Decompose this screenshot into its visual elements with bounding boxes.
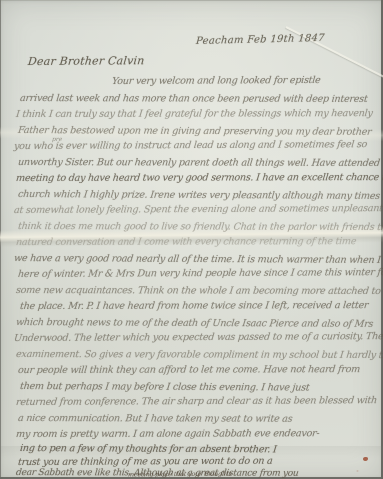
letter-line: the place. Mr. P. I have heard from home…	[19, 300, 368, 312]
letter-line: at somewhat lonely feeling. Spent the ev…	[13, 203, 383, 216]
date-line: Peacham Feb 19th 1847	[196, 33, 326, 47]
superscript-note: pre	[52, 136, 63, 143]
ink-blot	[363, 457, 368, 461]
letter-line: them but perhaps I may before I close th…	[19, 381, 310, 394]
letter-line: we have a very good road nearly all of t…	[13, 253, 383, 266]
letter-line: church which I highly prize. Irene write…	[17, 189, 380, 202]
letter-line: arrived last week and has more than once…	[19, 93, 368, 105]
letter-line: Your very welcom and long looked for epi…	[111, 75, 321, 87]
letter-line: Underwood. The letter which you expected…	[13, 331, 383, 344]
letter-line: a nice communication. But I have taken m…	[17, 413, 293, 425]
interline-note: meeting place that your thoughts	[128, 471, 232, 479]
letter-line: unworthy Sister. But our heavenly parent…	[17, 157, 380, 169]
letter-line: our people will think they can afford to…	[17, 364, 360, 376]
letter-line: I think I can truly say that I feel grat…	[15, 108, 373, 120]
letter-line: Father has bestowed upon me in giving an…	[17, 125, 372, 138]
letter-line: ing to pen a few of my thoughts for an a…	[19, 443, 277, 455]
letter-line: examinement. So gives a very favorable c…	[15, 349, 383, 361]
letter-line: some new acquaintances. Think on the who…	[15, 285, 381, 297]
letter-line: here of winter. Mr & Mrs Dun very kind p…	[17, 267, 383, 280]
letter-line: natured conversation and I come with eve…	[15, 236, 356, 248]
letter-page: Peacham Feb 19th 1847 Dear Brother Calvi…	[0, 0, 383, 479]
letter-line: which brought news to me of the death of…	[15, 317, 373, 330]
letter-line: returned from conference. The air sharp …	[15, 395, 377, 408]
letter-line: meeting to day have heard two very good …	[15, 172, 383, 184]
letter-line: think it does me much good to live so fr…	[17, 221, 383, 233]
salutation: Dear Brother Calvin	[27, 54, 145, 68]
letter-line: trust you are thinking of me as you are …	[17, 456, 273, 468]
letter-line: my room is pretty warm. I am alone again…	[15, 428, 320, 440]
letter-line: you who is ever willing to instruct and …	[13, 139, 367, 152]
